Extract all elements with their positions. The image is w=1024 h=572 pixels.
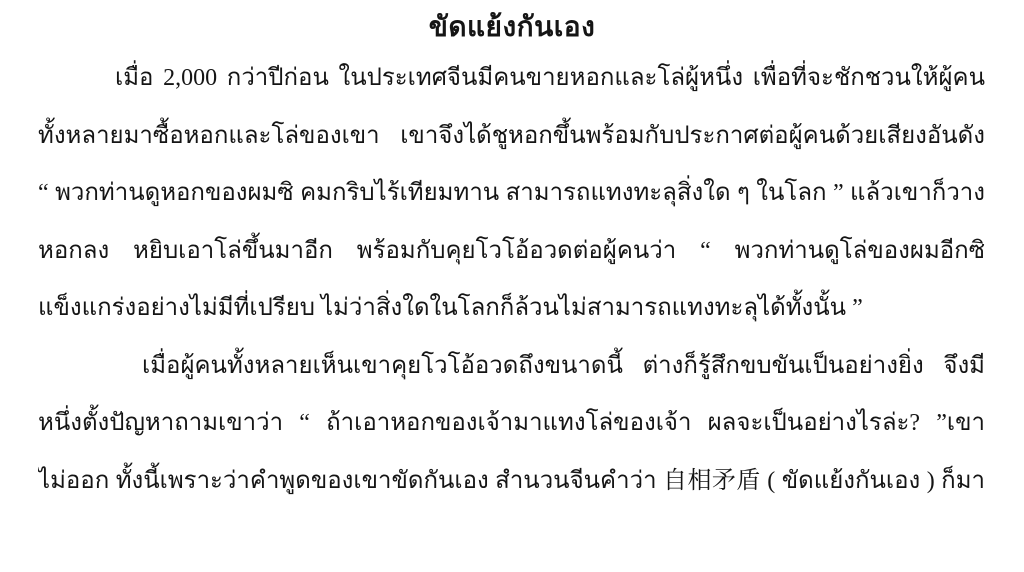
text-line: ไม่ออก ทั้งนี้เพราะว่าคำพูดของเขาขัดกันเ… — [38, 453, 985, 511]
document-title: ขัดแย้งกันเอง — [0, 5, 1024, 49]
text-line: ทั้งหลายมาซื้อหอกและโล่ของเขา เขาจึงได้ช… — [38, 108, 985, 166]
document-page: ขัดแย้งกันเอง เมื่อ 2,000 กว่าปีก่อน ในป… — [0, 0, 1024, 572]
text-line: หอกลง หยิบเอาโล่ขึ้นมาอีก พร้อมกับคุยโวโ… — [38, 223, 985, 281]
paragraph-1: เมื่อ 2,000 กว่าปีก่อน ในประเทศจีนมีคนขา… — [38, 50, 985, 338]
text-line: แข็งแกร่งอย่างไม่มีที่เปรียบ ไม่ว่าสิ่งใ… — [38, 280, 985, 338]
text-line: เมื่อ 2,000 กว่าปีก่อน ในประเทศจีนมีคนขา… — [38, 50, 985, 108]
paragraph-2: เมื่อผู้คนทั้งหลายเห็นเขาคุยโวโอ้อวดถึงข… — [38, 338, 985, 511]
text-line: เมื่อผู้คนทั้งหลายเห็นเขาคุยโวโอ้อวดถึงข… — [38, 338, 985, 396]
text-line: หนึ่งตั้งปัญหาถามเขาว่า “ ถ้าเอาหอกของเจ… — [38, 395, 985, 453]
text-line: “ พวกท่านดูหอกของผมซิ คมกริบไร้เทียมทาน … — [38, 165, 985, 223]
document-body: เมื่อ 2,000 กว่าปีก่อน ในประเทศจีนมีคนขา… — [38, 50, 985, 510]
